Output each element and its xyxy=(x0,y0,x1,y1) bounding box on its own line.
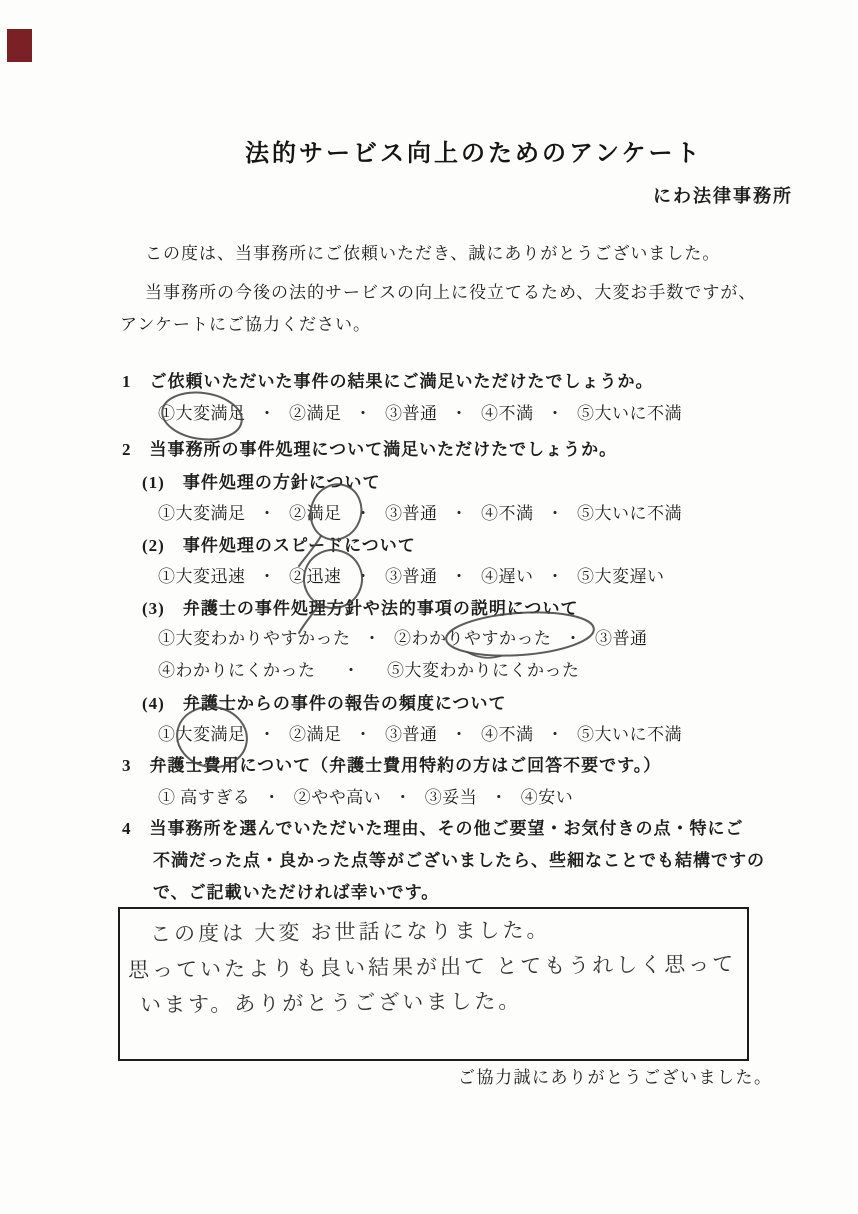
option: ③普通 xyxy=(385,567,438,587)
question-2-3-title: (3) 弁護士の事件処理方針や法的事項の説明について xyxy=(142,599,578,619)
option-separator: ・ xyxy=(451,725,469,745)
option: ②満足 xyxy=(289,725,342,745)
option: ④安い xyxy=(521,788,574,808)
question-2-1-title: (1) 事件処理の方針について xyxy=(142,473,380,493)
survey-title: 法的サービス向上のためのアンケート xyxy=(245,140,703,169)
question-3-title: 3 弁護士費用について（弁護士費用特約の方はご回答不要です。） xyxy=(122,756,661,776)
handwritten-comment-line-3: います。ありがとうございました。 xyxy=(140,989,523,1018)
option-separator: ・ xyxy=(343,661,361,681)
option-separator: ・ xyxy=(394,788,412,808)
option: ⑤大変わかりにくかった xyxy=(387,661,580,681)
question-1-title: 1 ご依頼いただいた事件の結果にご満足いただけたでしょうか。 xyxy=(122,372,654,392)
intro-line-3: アンケートにご協力ください。 xyxy=(120,315,371,335)
option-separator: ・ xyxy=(355,567,373,587)
option-separator: ・ xyxy=(259,404,277,424)
question-1-options: ①大変満足・②満足・③普通・④不満・⑤大いに不満 xyxy=(158,404,682,424)
option: ④わかりにくかった xyxy=(158,661,316,681)
option: ④遅い xyxy=(481,567,534,587)
option-separator: ・ xyxy=(547,504,565,524)
option: ②満足 xyxy=(289,504,342,524)
question-2-1-options: ①大変満足・②満足・③普通・④不満・⑤大いに不満 xyxy=(158,504,682,524)
handwritten-comment-line-1: この度は 大変 お世話になりました。 xyxy=(150,918,551,947)
option: ③普通 xyxy=(385,404,438,424)
question-2-4-options: ①大変満足・②満足・③普通・④不満・⑤大いに不満 xyxy=(158,725,682,745)
question-2-4-title: (4) 弁護士からの事件の報告の頻度について xyxy=(142,694,506,714)
option-separator: ・ xyxy=(547,404,565,424)
option: ②満足 xyxy=(289,404,342,424)
option: ④不満 xyxy=(481,404,534,424)
option-separator: ・ xyxy=(355,404,373,424)
option: ⑤大いに不満 xyxy=(577,404,682,424)
option: ⑤大いに不満 xyxy=(577,504,682,524)
option: ①大変満足 xyxy=(158,504,246,524)
intro-line-2: 当事務所の今後の法的サービスの向上に役立てるため、大変お手数ですが、 xyxy=(145,283,756,303)
option-separator: ・ xyxy=(259,725,277,745)
option: ②わかりやすかった xyxy=(394,629,552,649)
option: ③普通 xyxy=(385,504,438,524)
option: ③普通 xyxy=(385,725,438,745)
red-stamp-mark xyxy=(7,29,32,62)
question-2-title: 2 当事務所の事件処理について満足いただけたでしょうか。 xyxy=(122,440,617,460)
option-separator: ・ xyxy=(451,567,469,587)
handwritten-check-mark xyxy=(467,652,501,658)
option: ①大変迅速 xyxy=(158,567,246,587)
option-separator: ・ xyxy=(259,567,277,587)
intro-line-1: この度は、当事務所にご依頼いただき、誠にありがとうございました。 xyxy=(145,244,720,264)
option-separator: ・ xyxy=(451,404,469,424)
question-2-3-options-row2: ④わかりにくかった・⑤大変わかりにくかった xyxy=(158,661,580,681)
option: ④不満 xyxy=(481,725,534,745)
option-separator: ・ xyxy=(355,725,373,745)
option: ①大変満足 xyxy=(158,725,246,745)
option: ②迅速 xyxy=(289,567,342,587)
option-separator: ・ xyxy=(547,725,565,745)
option-separator: ・ xyxy=(355,504,373,524)
option: ③妥当 xyxy=(425,788,478,808)
option-separator: ・ xyxy=(490,788,508,808)
closing-text: ご協力誠にありがとうございました。 xyxy=(458,1068,773,1088)
option: ③普通 xyxy=(595,629,648,649)
option-separator: ・ xyxy=(565,629,583,649)
option: ⑤大いに不満 xyxy=(577,725,682,745)
option-separator: ・ xyxy=(451,504,469,524)
option-separator: ・ xyxy=(259,504,277,524)
option: ②やや高い xyxy=(294,788,382,808)
option: ① 高すぎる xyxy=(158,788,250,808)
question-2-2-options: ①大変迅速・②迅速・③普通・④遅い・⑤大変遅い xyxy=(158,567,665,587)
option: ⑤大変遅い xyxy=(577,567,665,587)
option-separator: ・ xyxy=(263,788,281,808)
question-4-title-line-1: 4 当事務所を選んでいただいた理由、その他ご要望・お気付きの点・特にご xyxy=(122,819,744,839)
question-2-3-options-row1: ①大変わかりやすかった・②わかりやすかった・③普通 xyxy=(158,629,648,649)
firm-name: にわ法律事務所 xyxy=(653,186,793,208)
question-4-title-line-3: で、ご記載いただければ幸いです。 xyxy=(153,883,439,903)
question-4-title-line-2: 不満だった点・良かった点等がございましたら、些細なことでも結構ですの xyxy=(153,851,765,871)
option: ①大変わかりやすかった xyxy=(158,629,351,649)
question-3-options: ① 高すぎる・②やや高い・③妥当・④安い xyxy=(158,788,573,808)
option: ①大変満足 xyxy=(158,404,246,424)
option: ④不満 xyxy=(481,504,534,524)
option-separator: ・ xyxy=(547,567,565,587)
question-2-2-title: (2) 事件処理のスピードについて xyxy=(142,536,416,556)
option-separator: ・ xyxy=(364,629,382,649)
survey-document-page: 法的サービス向上のためのアンケート にわ法律事務所 この度は、当事務所にご依頼い… xyxy=(0,0,858,1214)
